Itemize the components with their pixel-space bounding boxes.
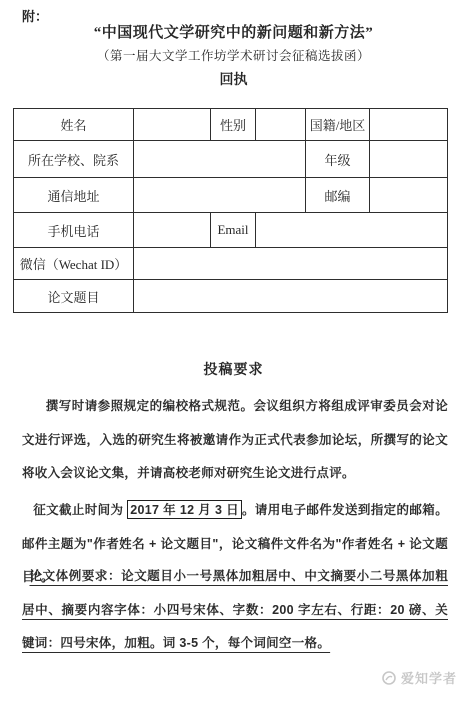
deadline-prefix-text: 征文截止时间为 — [33, 503, 127, 517]
name-label: 姓名 — [14, 109, 134, 141]
table-row: 微信（Wechat ID） — [14, 248, 448, 280]
wechat-label: 微信（Wechat ID） — [14, 248, 134, 280]
table-row: 所在学校、院系 年级 — [14, 141, 448, 178]
gender-label: 性别 — [211, 109, 256, 141]
reply-form-table: 姓名 性别 国籍/地区 所在学校、院系 年级 通信地址 邮编 手机电话 Emai… — [13, 108, 448, 313]
paper-title-label: 论文题目 — [14, 280, 134, 313]
grade-value-cell — [370, 141, 448, 178]
school-label: 所在学校、院系 — [14, 141, 134, 178]
postal-code-label: 邮编 — [306, 178, 370, 213]
table-row: 姓名 性别 国籍/地区 — [14, 109, 448, 141]
gender-value-cell — [256, 109, 306, 141]
table-row: 论文题目 — [14, 280, 448, 313]
document-subtitle: （第一届大文学工作坊学术研讨会征稿选拔函） — [0, 46, 467, 64]
wechat-value-cell — [134, 248, 448, 280]
address-value-cell — [134, 178, 306, 213]
nationality-label: 国籍/地区 — [306, 109, 370, 141]
watermark-text: 爱知学者 — [401, 668, 457, 687]
table-row: 通信地址 邮编 — [14, 178, 448, 213]
deadline-date-box: 2017 年 12 月 3 日 — [127, 500, 242, 519]
nationality-value-cell — [370, 109, 448, 141]
email-value-cell — [256, 213, 448, 248]
requirements-paragraph-style: 论文体例要求：论文题目小一号黑体加粗居中、中文摘要小二号黑体加粗居中、摘要内容字… — [22, 560, 448, 661]
grade-label: 年级 — [306, 141, 370, 178]
email-label: Email — [211, 213, 256, 248]
school-value-cell — [134, 141, 306, 178]
requirements-paragraph-format: 撰写时请参照规定的编校格式规范。会议组织方将组成评审委员会对论文进行评选，入选的… — [22, 390, 448, 491]
mobile-label: 手机电话 — [14, 213, 134, 248]
aizhi-scholar-logo-icon — [382, 671, 396, 685]
requirements-heading: 投稿要求 — [0, 359, 467, 379]
mobile-value-cell — [134, 213, 211, 248]
reply-slip-title: 回执 — [0, 69, 467, 89]
document-page: 附： “中国现代文学研究中的新问题和新方法” （第一届大文学工作坊学术研讨会征稿… — [0, 0, 467, 702]
name-value-cell — [134, 109, 211, 141]
postal-code-value-cell — [370, 178, 448, 213]
table-row: 手机电话 Email — [14, 213, 448, 248]
document-title: “中国现代文学研究中的新问题和新方法” — [0, 21, 467, 42]
paper-title-value-cell — [134, 280, 448, 313]
address-label: 通信地址 — [14, 178, 134, 213]
watermark: 爱知学者 — [382, 668, 457, 687]
